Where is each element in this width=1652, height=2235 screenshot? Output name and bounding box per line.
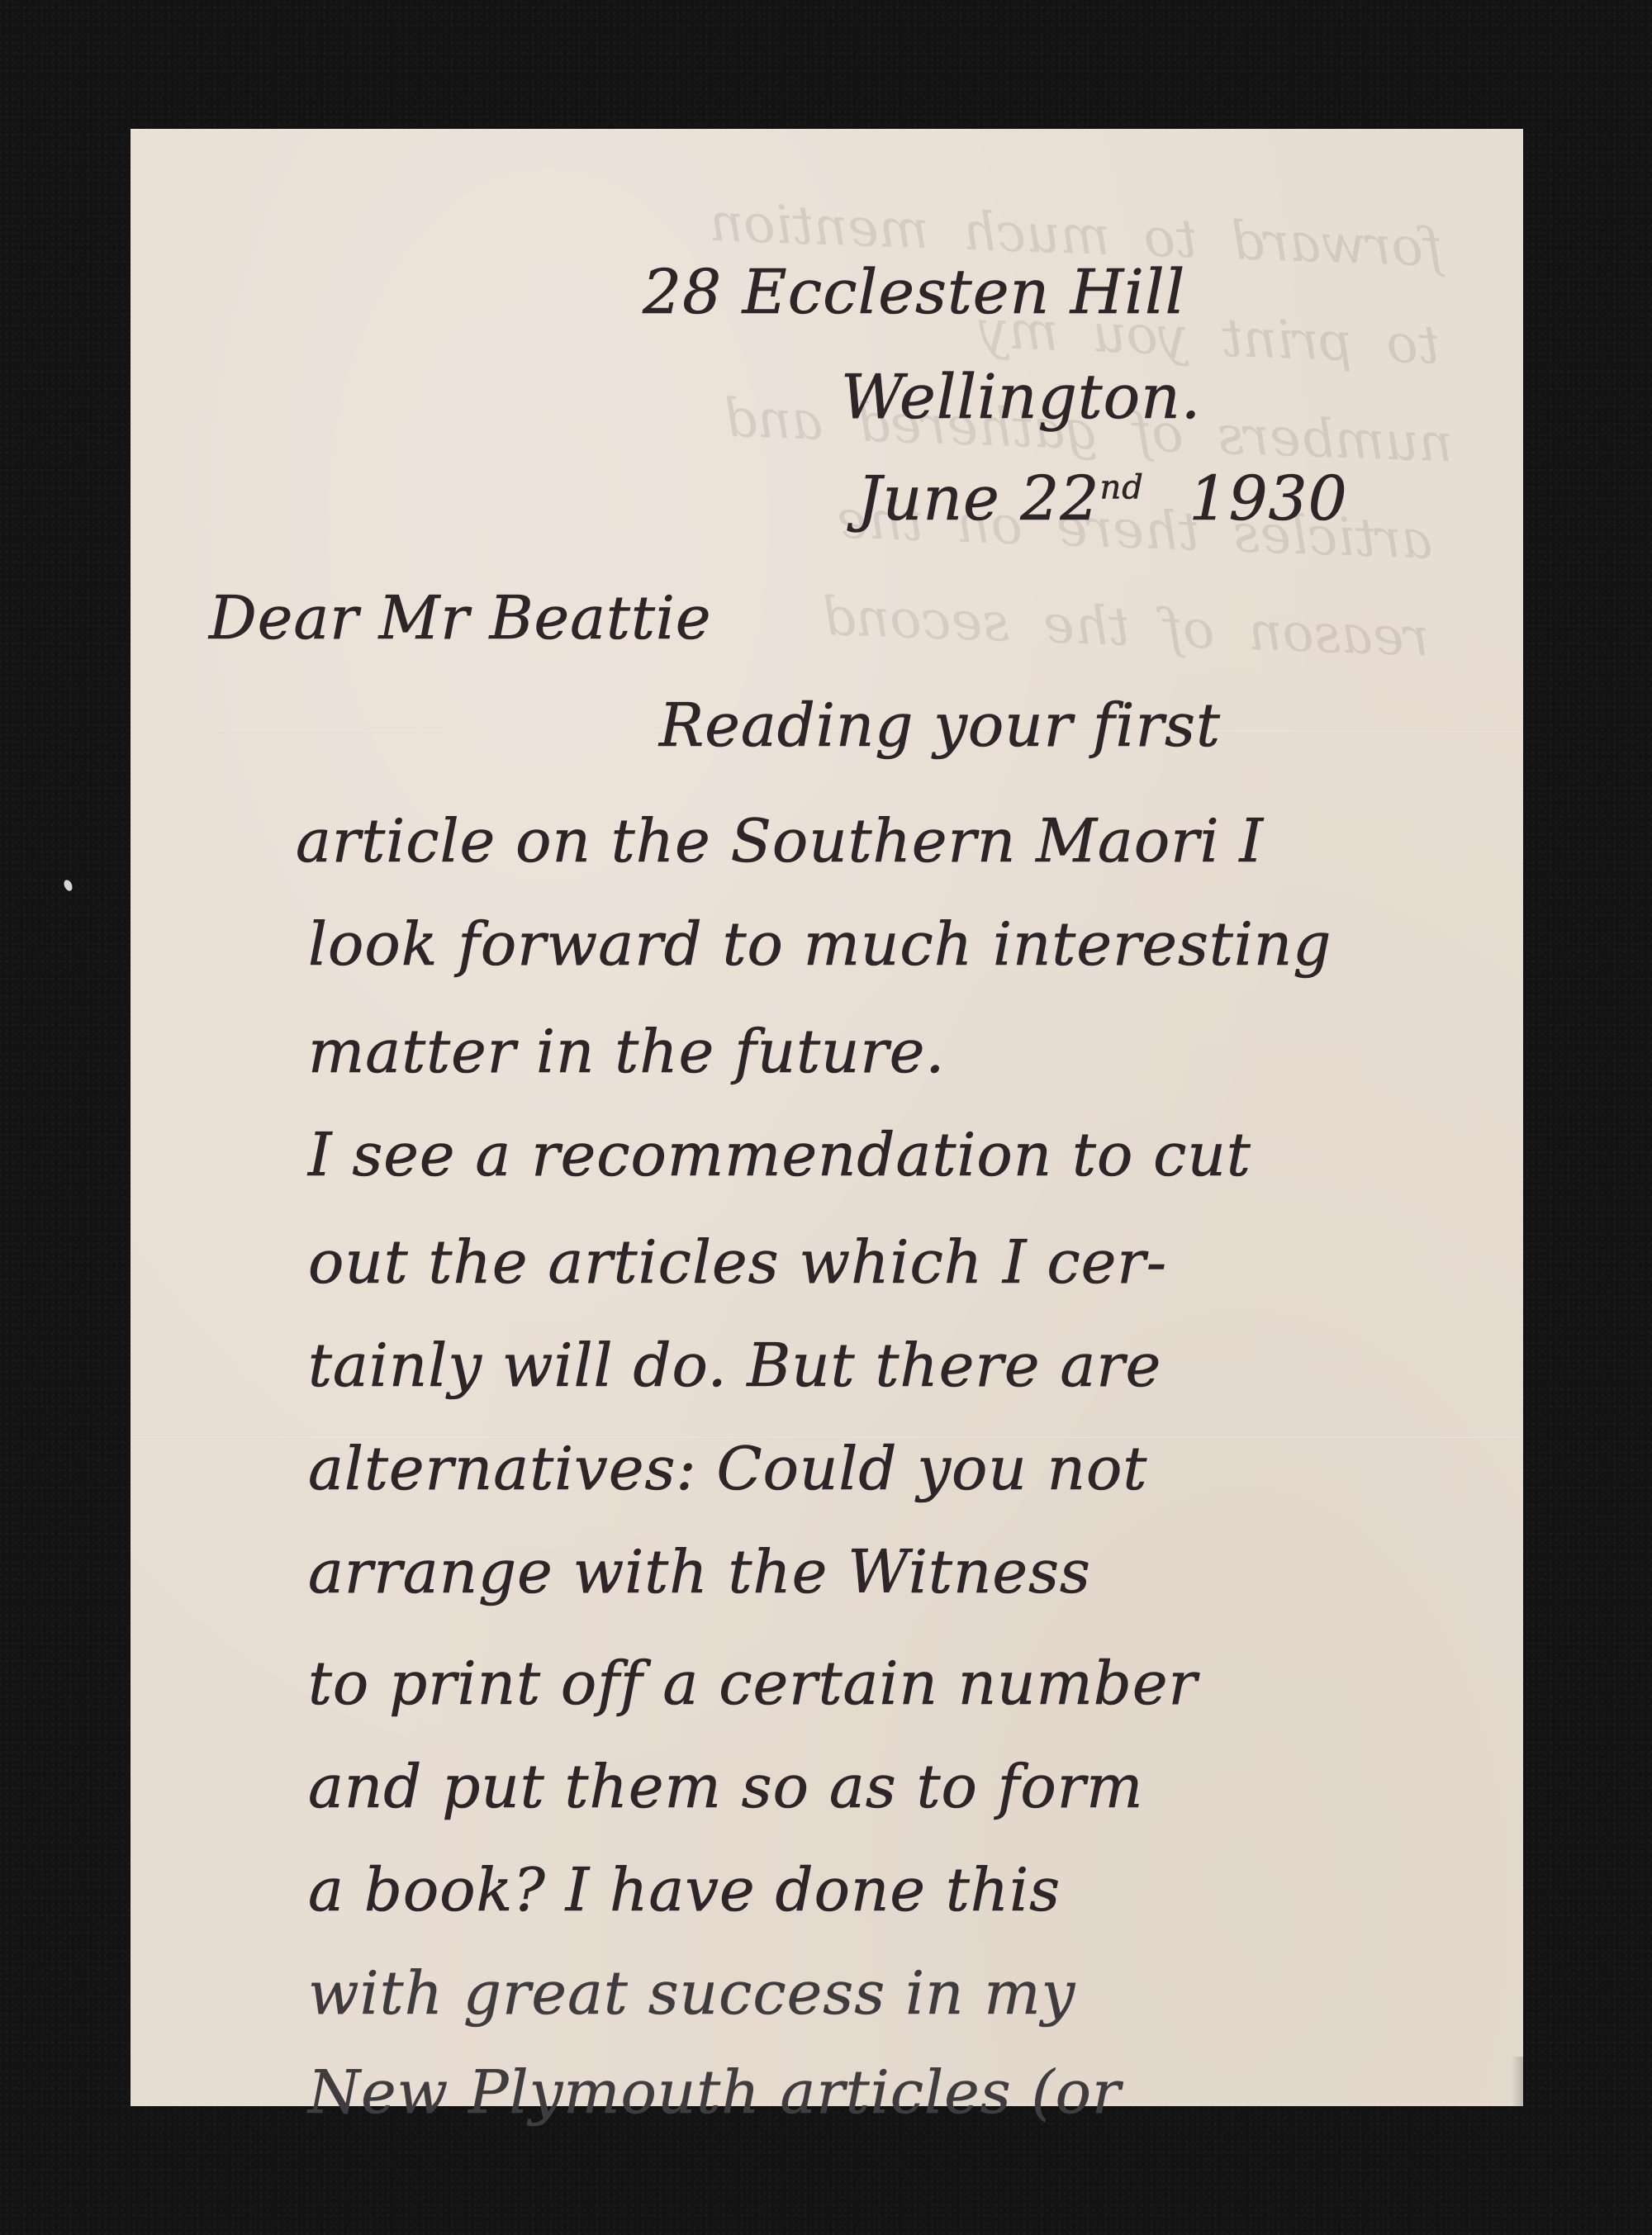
body-line-4: matter in the future.	[308, 1017, 945, 1086]
body-line-10: to print off a certain number	[308, 1649, 1198, 1718]
date-year: 1930	[1189, 463, 1347, 534]
body-line-2: article on the Southern Maori I	[296, 806, 1264, 875]
body-line-6: out the articles which I cer-	[308, 1227, 1167, 1297]
salutation: Dear Mr Beattie	[209, 583, 712, 652]
letter-page: forward to much mention to print you my …	[131, 129, 1523, 2106]
body-line-14: New Plymouth articles (or	[308, 2057, 1121, 2127]
body-line-11: and put them so as to form	[308, 1752, 1143, 1821]
address-street: 28 Ecclesten Hill	[643, 257, 1185, 328]
body-line-5: I see a recommendation to cut	[308, 1120, 1251, 1189]
body-line-13: with great success in my	[308, 1958, 1075, 2028]
body-line-7: tainly will do. But there are	[308, 1331, 1161, 1400]
address-city: Wellington.	[841, 362, 1201, 433]
body-line-9: arrange with the Witness	[308, 1537, 1091, 1606]
date-day: June 22	[857, 463, 1099, 534]
body-line-1: Reading your first	[659, 690, 1221, 760]
body-line-3: look forward to much interesting	[308, 909, 1332, 979]
date-ordinal: nd	[1099, 468, 1143, 506]
letter-date: June 22nd 1930	[857, 463, 1348, 534]
body-line-8: alternatives: Could you not	[308, 1434, 1147, 1503]
body-line-12: a book? I have done this	[308, 1855, 1061, 1924]
corner-curl	[1512, 2057, 1523, 2106]
